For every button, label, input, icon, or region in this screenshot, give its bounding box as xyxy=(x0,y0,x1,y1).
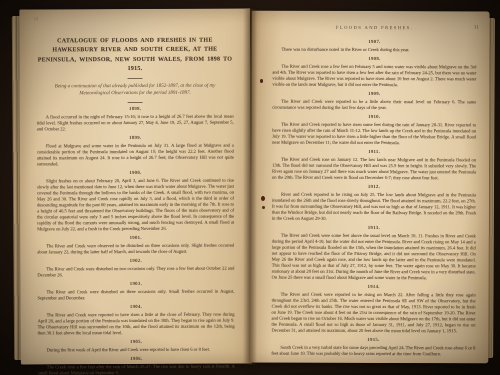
catalogue-subtitle: Being a continuation of that already pub… xyxy=(43,83,228,98)
left-page-number: 10 xyxy=(33,17,38,22)
right-page-number: 11 xyxy=(474,25,479,30)
left-page: 10 CATALOGUE OF FLOODS AND FRESHES IN TH… xyxy=(19,8,252,364)
year-section: 1901. The River and Creek were observed … xyxy=(37,235,234,255)
year-paragraph: The River and Creek were reported to be … xyxy=(272,99,476,112)
year-paragraph: The River and Creek were reported to hav… xyxy=(38,311,235,336)
year-heading: 1907. xyxy=(272,40,476,46)
year-heading: 1901. xyxy=(37,235,234,241)
year-section: 1900. Slight freshes on or about Februar… xyxy=(37,170,234,232)
year-paragraph: River and Creek reported to be rising on… xyxy=(272,192,476,223)
year-paragraph: South Creek in a very turbid state for s… xyxy=(271,345,475,358)
year-section: 1909. The River and Creek were reported … xyxy=(272,92,476,112)
running-header-title: FLOODS AND FRESHES. xyxy=(273,25,477,31)
year-heading: 1906. xyxy=(38,356,235,362)
year-heading: 1902. xyxy=(37,258,234,264)
year-paragraph: The River and Creek were disturbed on tw… xyxy=(37,265,234,278)
year-paragraph: The River and Creek were observed to be … xyxy=(37,242,234,255)
year-section: 1902. The River and Creek were disturbed… xyxy=(37,258,234,278)
divider-rule xyxy=(128,78,143,79)
year-paragraph: The River and Creek were disturbed on th… xyxy=(37,288,234,301)
year-paragraph: The River and Creek rose a few feet on F… xyxy=(272,64,476,89)
book-photo: 10 CATALOGUE OF FLOODS AND FRESHES IN TH… xyxy=(0,0,500,375)
year-heading: 1909. xyxy=(272,92,476,98)
year-heading: 1913. xyxy=(272,226,476,232)
year-section: 1910. The River and Creek reported to ha… xyxy=(272,115,476,147)
right-page-content: FLOODS AND FRESHES. 11 1907. There was n… xyxy=(271,25,476,358)
year-heading: 1910. xyxy=(272,115,476,121)
year-heading: 1911. xyxy=(272,150,476,156)
year-section: 1913. The River and Creek were some feet… xyxy=(272,226,476,282)
ink-speck xyxy=(262,206,265,209)
year-paragraph: Flood at Mulgrave and some water in the … xyxy=(37,142,234,167)
year-section: 1906. The Creek rose a few feet after th… xyxy=(38,356,235,375)
running-header: FLOODS AND FRESHES. 11 xyxy=(273,25,477,36)
year-heading: 1900. xyxy=(37,170,234,176)
year-paragraph: During the first week of April the River… xyxy=(38,346,235,353)
left-page-content: CATALOGUE OF FLOODS AND FRESHES IN THE H… xyxy=(36,37,234,375)
year-heading: 1912. xyxy=(272,185,476,191)
year-heading: 1914. xyxy=(272,285,476,291)
year-paragraph: There was no disturbance noted in the Ri… xyxy=(272,47,476,54)
year-heading: 1899. xyxy=(37,135,234,141)
year-section: 1905. During the first week of April the… xyxy=(38,339,235,353)
year-heading: 1915. xyxy=(271,338,475,344)
year-paragraph: A flood occurred in the night of Februar… xyxy=(37,113,234,132)
year-paragraph: The River and Creek were reported to be … xyxy=(271,292,475,335)
year-paragraph: The River and Creek reported to have ris… xyxy=(272,122,476,147)
ink-speck xyxy=(260,79,263,83)
year-section: 1898. A flood occurred in the night of F… xyxy=(37,106,234,132)
year-heading: 1908. xyxy=(272,57,476,63)
year-section: 1912. River and Creek reported to be ris… xyxy=(272,185,476,223)
year-paragraph: The River and Creek were some feet above… xyxy=(272,233,476,282)
right-page: FLOODS AND FRESHES. 11 1907. There was n… xyxy=(250,11,489,364)
year-section: 1914. The River and Creek were reported … xyxy=(271,285,475,335)
year-section: 1903. The River and Creek were disturbed… xyxy=(37,281,234,301)
divider-rule xyxy=(128,102,143,103)
year-section: 1899. Flood at Mulgrave and some water i… xyxy=(37,135,234,167)
catalogue-title: CATALOGUE OF FLOODS AND FRESHES IN THE H… xyxy=(36,37,233,75)
year-section: 1904. The River and Creek were reported … xyxy=(38,304,235,336)
year-paragraph: Slight freshes on or about February 20, … xyxy=(37,177,234,232)
year-heading: 1898. xyxy=(37,106,234,112)
year-section: 1911. The River and Creek rose on Januar… xyxy=(272,150,476,182)
year-section: 1908. The River and Creek rose a few fee… xyxy=(272,57,476,89)
year-paragraph: The Creek rose a few feet after the rain… xyxy=(38,363,235,375)
year-paragraph: The River and Creek rose on January 12. … xyxy=(272,157,476,182)
year-heading: 1903. xyxy=(37,281,234,287)
year-section: 1907. There was no disturbance noted in … xyxy=(272,40,476,54)
year-section: 1915. South Creek in a very turbid state… xyxy=(271,338,475,358)
ink-speck xyxy=(261,196,265,201)
year-heading: 1905. xyxy=(38,339,235,345)
year-heading: 1904. xyxy=(38,304,235,310)
